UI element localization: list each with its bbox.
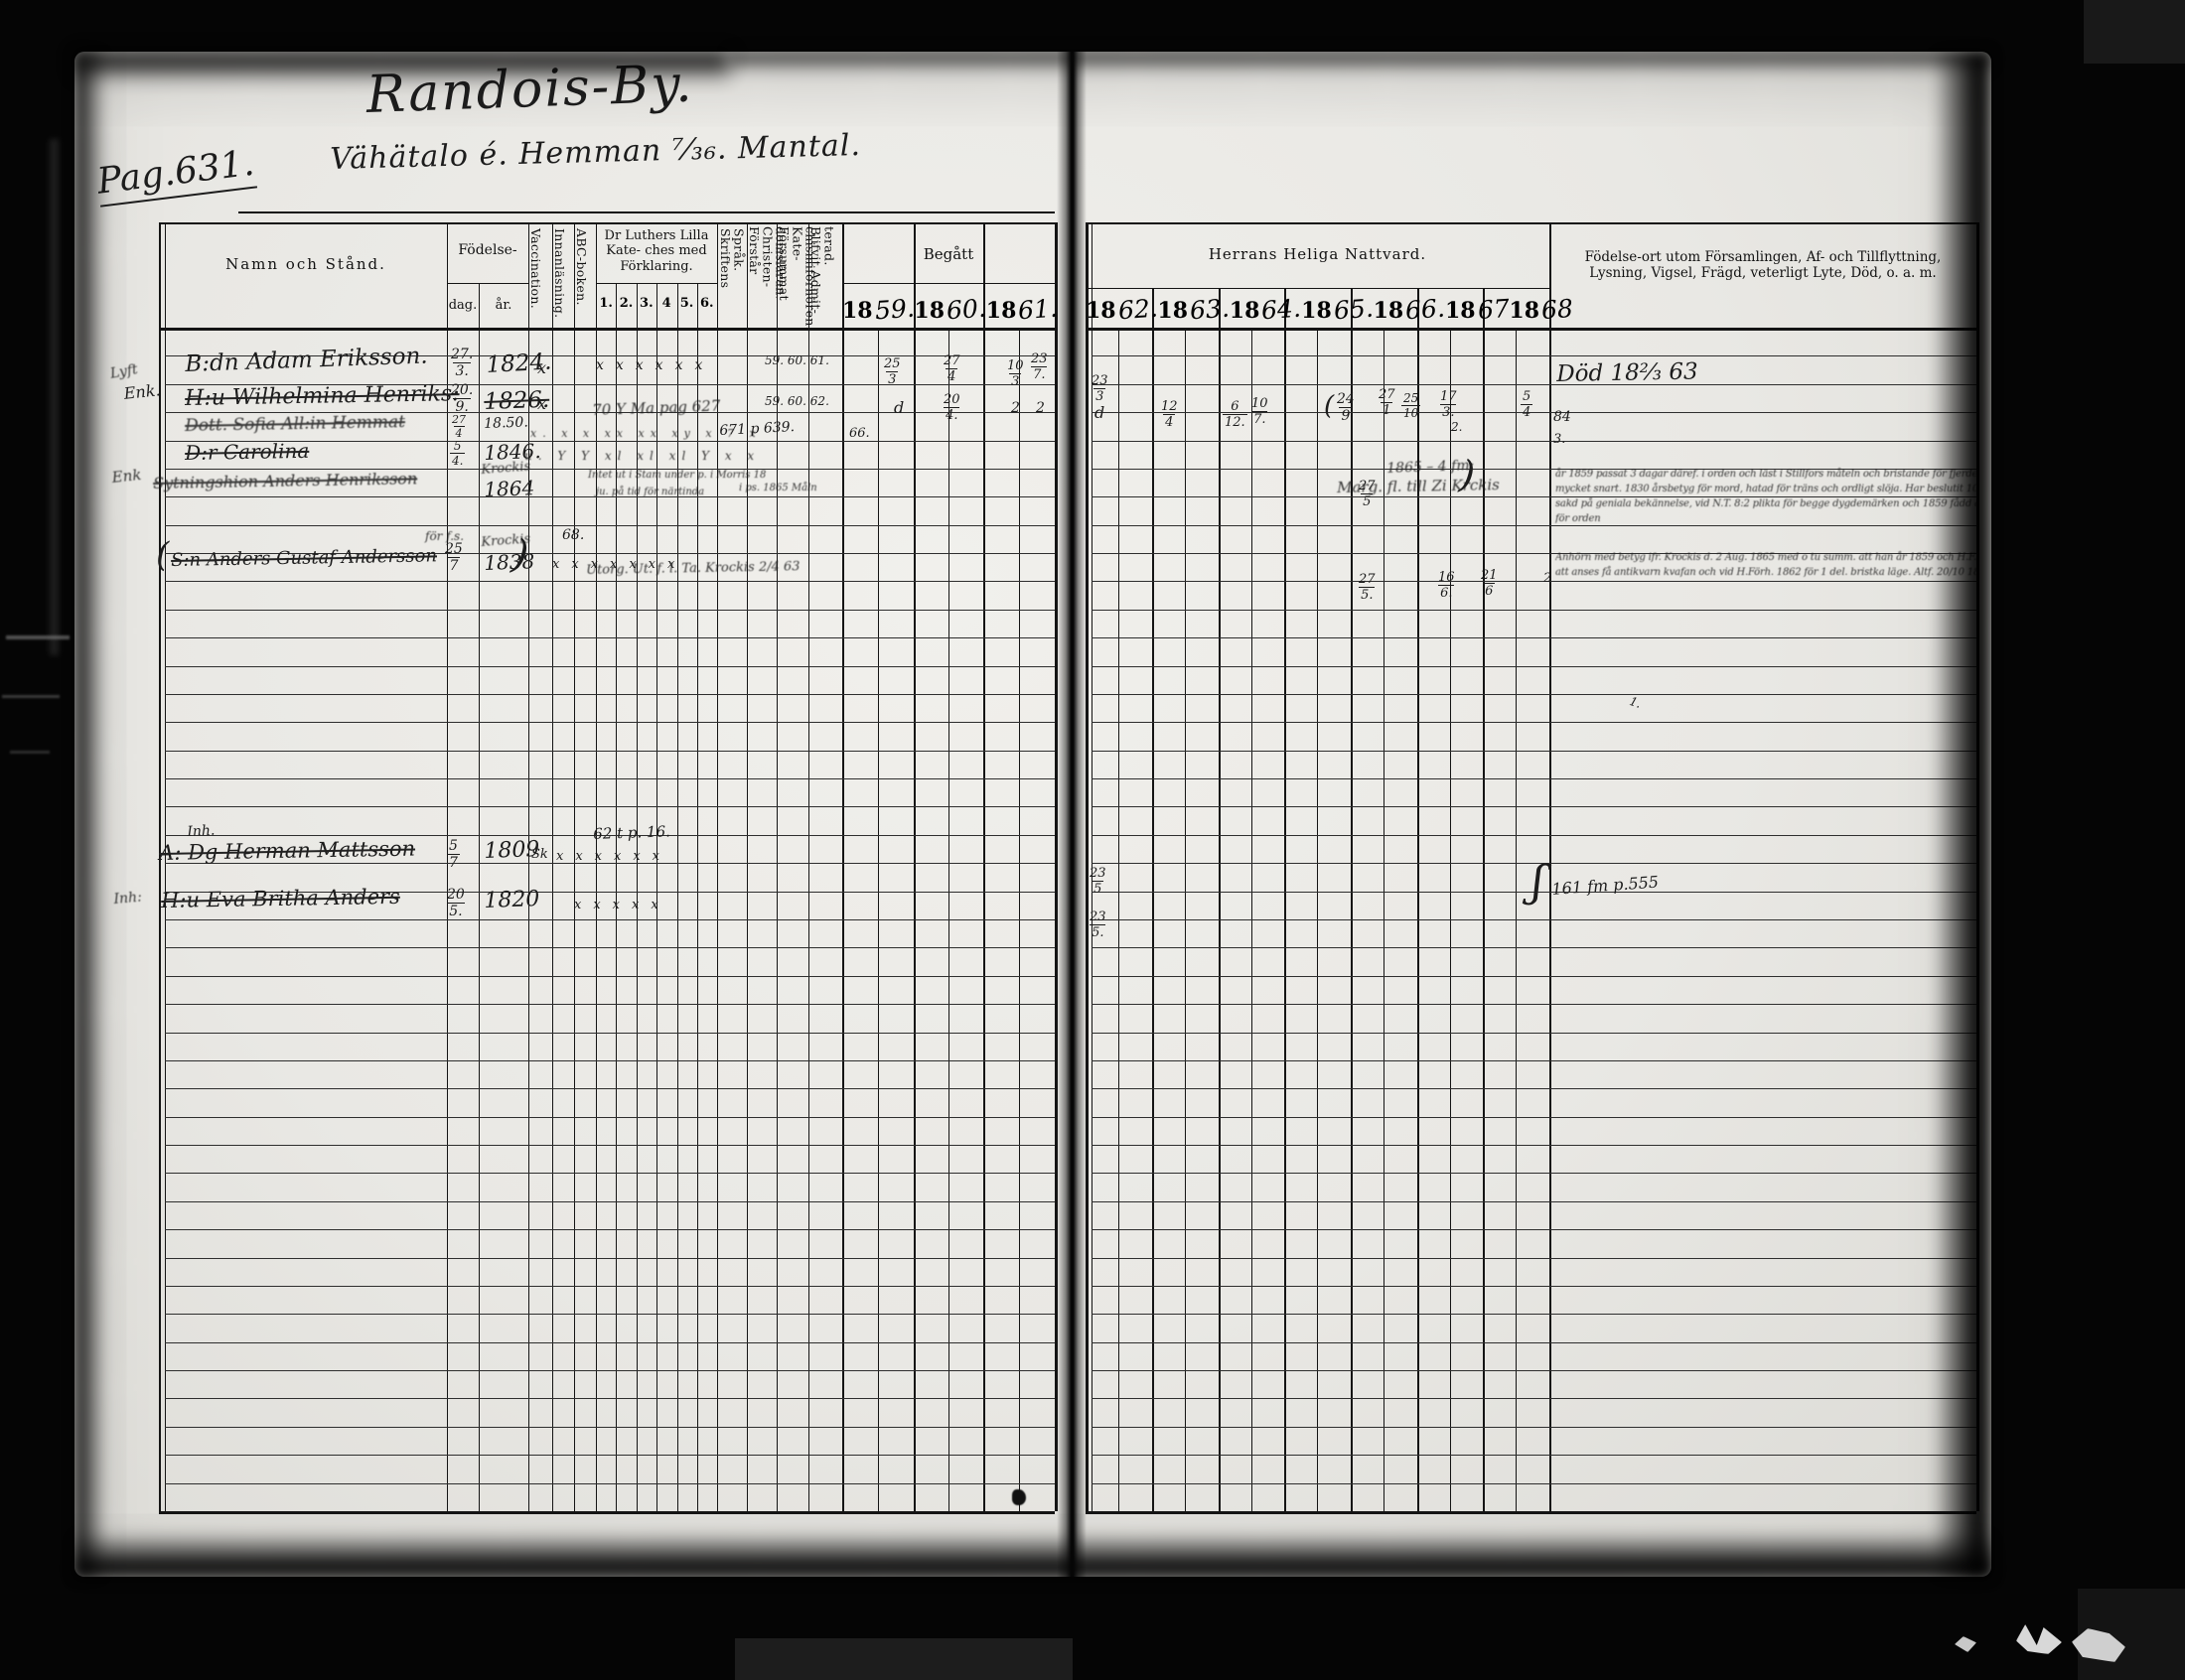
birth-year-5: 1864 [484,478,535,499]
handwritten-entry: x [537,360,546,376]
handwritten-entry: Utorg. Ut. f. l. Ta. Krockis 2/4 63 [586,560,801,577]
table-grid-line [165,1370,1055,1371]
year-printed: 18 [1509,300,1539,322]
handwritten-entry: 2 [1011,401,1020,415]
fraction-part: 24 [1335,392,1357,407]
table-grid-line [165,581,1055,582]
table-grid-line [1092,355,1976,356]
fraction-part: 3 [1093,388,1105,403]
year-column-header: 1865. [1301,290,1373,326]
table-grid-line [777,222,778,1511]
table-grid-line [1092,1173,1976,1174]
table-grid-line [165,1286,1055,1287]
year-handwritten: 62. [1117,296,1158,324]
fraction-part: 27 [1377,388,1397,402]
handwritten-entry: 205. [445,888,467,918]
fraction-part: 5. [1090,924,1105,939]
film-scratch [2,695,60,698]
fraction-part: 25 [443,542,465,557]
column-header-notes: Födelse-ort utom Församlingen, Af- och T… [1555,250,1970,282]
handwritten-entry: 2 [1036,401,1045,415]
table-grid-line [165,525,1055,526]
handwritten-entry: xxxxx [574,899,670,911]
table-grid-line [1092,581,1976,582]
table-grid-line [1092,666,1976,667]
handwritten-entry: 235. [1088,910,1108,939]
table-grid-line [1152,288,1154,1511]
handwritten-entry: ju. på tid för närtinda [596,488,704,497]
table-grid-line [1092,1427,1976,1428]
table-grid-line [596,283,717,284]
handwritten-entry: x [537,396,546,412]
handwritten-entry: 54. [450,440,465,467]
catechism-subcolumn-number: 3. [637,296,656,311]
year-handwritten: 64. [1261,296,1302,324]
margin-note-5: Enk [111,468,142,486]
table-grid-line [1086,288,1549,289]
table-grid-line [842,222,844,1511]
fraction-part: 6. [1438,585,1454,600]
table-grid-line [1092,722,1976,723]
table-grid-line [1086,222,1976,224]
year-printed: 18 [1445,300,1476,322]
table-grid-line [159,1511,1055,1514]
fraction-part: 20 [445,888,467,903]
handwritten-entry: 84 [1553,410,1571,424]
catechism-subcolumn-number: 2. [616,296,636,311]
year-printed: 18 [1301,300,1332,322]
fraction-part: 20 [942,393,962,407]
fraction-part: 12 [1159,400,1180,414]
table-grid-line [1092,1286,1976,1287]
fraction-part: 7. [1031,366,1047,381]
handwritten-entry: 54 [1521,390,1532,419]
film-artifact [1955,1636,1976,1652]
table-grid-line [159,222,1055,224]
entry-name-6: S:n Anders Gustaf Andersson [171,547,437,570]
table-grid-line [479,283,480,1511]
handwritten-entry: 124 [1159,400,1180,429]
fraction-part: 1 [1381,402,1392,417]
fraction-part: 5 [1521,390,1532,404]
table-grid-line [165,1004,1055,1005]
birth-day-1: 27.3. [449,348,475,378]
table-grid-line [447,283,528,284]
table-grid-line [1092,1370,1976,1371]
fraction-part: 25 [882,357,903,371]
table-grid-line [165,1201,1055,1202]
note-line: mycket snart. 1830 årsbetyg för mord, ha… [1555,482,1976,496]
table-grid-line [552,222,553,1511]
handwritten-entry: 612. [1223,400,1247,429]
fraction-part: 10 [1005,359,1026,373]
column-header-admitted: Blifvit Admit- terad. [809,226,842,326]
year-handwritten: 68 [1540,296,1573,323]
entry-name-2: H:u Wilhelmina Henriks: [185,383,460,410]
table-grid-line [165,751,1055,752]
handwritten-entry: d [894,400,904,416]
table-grid-line [808,222,809,1511]
year-handwritten: 65. [1333,296,1374,324]
fraction-part: 20. [449,383,475,398]
table-grid-line [1092,441,1976,442]
film-artifact [2016,1624,2062,1654]
table-grid-line [1549,222,1551,1511]
table-grid-line [1219,288,1221,1511]
note-line: för orden [1555,511,1976,526]
fraction-part: 5 [447,839,460,854]
margin-note-2b: Enk. [123,382,161,402]
handwritten-entry: 2. [1451,421,1462,433]
fraction-part: 27 [1357,573,1378,587]
fraction-part: 3 [1009,373,1021,388]
fraction-part: 5 [452,440,464,453]
fraction-part: 9 [1339,407,1352,423]
handwritten-entry: 257 [443,542,465,573]
fraction-part: 9. [453,398,470,414]
table-grid-line [165,1117,1055,1118]
fraction-part: 4 [946,368,957,383]
year-column-header: 1866. [1374,290,1445,326]
table-grid-line [717,222,718,1511]
year-columns-right: 1862.1863.1864.1865.1866.18671868 [1086,290,1549,326]
handwritten-entry: 3. [1553,433,1565,446]
year-column-header: 1861. [986,284,1058,326]
fraction-part: 3. [453,362,470,378]
table-grid-line [1092,1088,1976,1089]
catechism-subcolumn-number: 1. [596,296,616,311]
table-grid-line [677,283,678,1511]
table-grid-line [1092,778,1976,779]
table-grid-line [1092,1229,1976,1230]
table-grid-line [528,222,529,1511]
birth-year-8: 1820 [484,889,540,912]
table-grid-line [1092,751,1976,752]
table-grid-line [1092,1483,1976,1484]
fraction-part: 7. [1251,411,1267,426]
fraction-part: 7 [447,854,460,870]
handwritten-entry: xxxxxx [556,850,671,863]
year-printed: 18 [914,300,945,322]
table-grid-line [697,283,698,1511]
table-grid-line [165,1398,1055,1399]
column-header-reading: Innanläsning. [553,228,574,326]
table-grid-line [1092,384,1976,385]
table-grid-line [914,222,916,1511]
table-grid-line [1351,288,1353,1511]
table-grid-line [1092,976,1976,977]
fraction-part: 27. [449,348,475,362]
table-grid-line [165,778,1055,779]
handwritten-entry: 66. [849,427,870,440]
handwritten-entry: d [1094,405,1104,421]
entry-name-8: H:u Eva Britha Anders [161,887,400,911]
year-printed: 18 [1230,300,1260,322]
column-header-birth-year: år. [479,298,528,313]
handwritten-entry: 274 [450,414,468,439]
table-grid-line [1092,1455,1976,1456]
year-printed: 18 [1086,300,1116,322]
entry-name-4: D:r Carolina [185,441,309,463]
handwritten-entry: Krockis [481,461,531,477]
fraction-part: 4 [454,426,465,439]
table-grid-line [1092,1314,1976,1315]
table-grid-line [238,211,1055,213]
table-grid-line [574,222,575,1511]
table-grid-line [1092,835,1976,836]
column-header-scripture: Skriftens Språk. [719,228,747,326]
table-grid-line [165,694,1055,695]
fraction-part: 7 [447,557,460,573]
table-grid-line [165,1342,1055,1343]
catechism-subcolumn-number: 4 [656,296,676,311]
handwritten-entry: 216 [1479,569,1500,598]
handwritten-entry: 59. 60. 62. [765,395,829,407]
note-line: sakd på geniala bekännelse, vid N.T. 8:2… [1555,496,1976,511]
film-patch-bottom-center [735,1638,1073,1680]
handwritten-entry: 70 Y Ma pag 627 [592,398,721,417]
table-grid-line [983,222,985,1511]
year-columns-left: 1859.1860.1861. [842,284,1055,326]
fraction-part: 10 [1249,397,1270,411]
handwritten-entry: 233 [1090,374,1110,403]
table-grid-line [1092,1201,1976,1202]
margin-note-7: Inh. [187,824,216,839]
year-handwritten: 60. [946,296,986,324]
handwritten-entry: i ps. 1865 Måln [739,484,817,493]
handwritten-entry: 235 [1088,867,1108,896]
year-column-header: 1860. [914,284,985,326]
table-grid-line [1092,610,1976,611]
table-grid-line [165,610,1055,611]
fraction-part: 23 [1088,867,1108,881]
table-grid-line [165,806,1055,807]
year-column-header: 1864. [1230,290,1301,326]
catechism-subcolumns: 1.2.3.45.6. [596,296,717,311]
handwritten-entry: ( [1324,393,1334,419]
handwritten-entry: 166. [1436,571,1457,600]
table-grid-line [1092,637,1976,638]
handwritten-entry: xxxxxx [596,358,714,372]
catechism-subcolumn-number: 6. [697,296,717,311]
year-printed: 18 [1374,300,1404,322]
note-line: att anses få antikvarn kvafan och vid H.… [1555,565,1976,580]
margin-note-8: Inh: [113,891,142,907]
handwritten-entry: 274 [942,354,962,383]
table-grid-line [165,1258,1055,1259]
fraction-part: 27 [942,354,962,368]
table-grid-line [1092,947,1976,948]
table-grid-line [165,637,1055,638]
fraction-part: 4. [450,453,465,467]
table-grid-line [1092,1004,1976,1005]
year-handwritten: 67 [1477,296,1510,323]
table-grid-line [159,328,1055,331]
column-header-birth-day: dag. [447,298,479,313]
fraction-part: 21 [1479,569,1500,583]
handwritten-entry: 57 [447,839,460,870]
table-grid-line [1092,1060,1976,1061]
table-grid-line [165,666,1055,667]
handwritten-entry: 275. [1357,573,1378,602]
death-note: Död 18⅔ 63 [1556,361,1698,386]
table-grid-line [1086,328,1976,331]
fraction-part: 5. [1359,587,1375,602]
year-handwritten: 63. [1189,296,1230,324]
note-6: Anhörn med betyg ifr. Krockis d. 2 Aug. … [1555,550,1976,580]
fraction-part: 3. [1440,404,1456,419]
note-line: år 1859 passat 3 dagar däref. i orden oc… [1555,467,1976,482]
table-grid-line [165,722,1055,723]
table-grid-line [1483,288,1485,1511]
column-header-abc-book: ABC-boken. [575,228,596,326]
book-gutter-shadow [1057,52,1087,1577]
year-handwritten: 66. [1404,296,1445,324]
handwritten-entry: Marg. fl. till Zi Krckis [1337,478,1500,495]
column-header-communion-begun: Begått [842,246,1055,264]
table-grid-line [1092,1258,1976,1259]
film-scratch [10,751,50,754]
fraction-part: 5 [1092,881,1103,896]
fraction-part: 10 [1401,405,1420,419]
handwritten-entry: Krockis [481,533,531,549]
column-header-birth: Födelse- [447,242,528,259]
fraction-part: 6 [1229,400,1240,414]
year-column-header: 1859. [842,284,914,326]
fraction-part: 16 [1436,571,1457,585]
table-grid-line [1092,806,1976,807]
handwritten-entry: 249 [1335,392,1357,423]
fraction-part: 23 [1088,910,1108,924]
year-printed: 18 [1157,300,1188,322]
table-grid-line [165,1145,1055,1146]
fraction-part: 17 [1438,390,1459,404]
table-grid-line [1092,1398,1976,1399]
table-grid-line [165,919,1055,920]
column-header-understands: Förstår Christen- domsläran. [748,226,777,326]
handwritten-entry: 204. [942,393,962,422]
handwritten-entry: 253 [882,357,903,386]
year-handwritten: 59. [874,296,915,324]
handwritten-entry: 2510 [1401,392,1420,419]
fraction-part: 4 [1163,414,1175,429]
column-header-catechism: Dr Luthers Lilla Kate- ches med Förklari… [596,228,717,274]
table-grid-line [165,1427,1055,1428]
handwritten-entry: 671 p 639. [719,420,795,438]
handwritten-entry: 62 t p. 16. [593,824,670,842]
year-printed: 18 [842,300,873,322]
entry-name-3: Dott. Sofia All:in Hemmat [185,414,405,435]
film-scratch [6,635,70,639]
handwritten-entry: 59. 60. 61. [765,354,829,366]
handwritten-entry: 18.50. [484,415,528,431]
village-title: Randois-By. [365,58,694,120]
table-grid-line [1092,1145,1976,1146]
table-grid-line [165,947,1055,948]
fraction-part: 23 [1090,374,1110,388]
table-grid-line [165,1483,1055,1484]
table-grid-line [747,222,748,1511]
handwritten-entry: 237. [1029,352,1050,381]
fraction-part: 23 [1029,352,1050,366]
table-grid-line [165,1033,1055,1034]
note-line: Anhörn med betyg ifr. Krockis d. 2 Aug. … [1555,550,1976,565]
handwritten-entry: Intet ut i Stam under p. i Morris 18 [588,471,766,481]
table-grid-line [1092,919,1976,920]
table-grid-line [159,222,161,1511]
column-header-vaccination: Vaccination. [529,228,552,326]
column-header-name: Namn och Stånd. [169,256,443,274]
year-handwritten: 61. [1018,296,1059,324]
year-column-header: 1867 [1445,290,1509,326]
table-grid-line [165,976,1055,977]
column-header-communion-title: Herrans Heliga Nattvard. [1086,246,1549,264]
birth-year-6: 1838 [484,551,535,573]
table-grid-line [1976,222,1979,1511]
table-grid-line [1092,1117,1976,1118]
handwritten-entry: 2 [1543,572,1551,585]
year-column-header: 1863. [1157,290,1229,326]
table-grid-line [165,1088,1055,1089]
handwritten-entry: 107. [1249,397,1270,426]
table-grid-line [165,222,166,1511]
table-grid-line [165,1314,1055,1315]
scanned-book-page: Randois-By. Vähätalo é. Hemman ⁷⁄₃₆. Man… [0,0,2185,1680]
fraction-part: 12. [1223,414,1247,429]
handwritten-entry: 20.9. [449,383,475,414]
handwritten-entry: u. Y Y xl xl xl Y x x [524,450,760,462]
table-grid-line [165,1455,1055,1456]
handwritten-entry: Sk [531,848,548,861]
year-column-header: 1868 [1509,290,1572,326]
table-grid-line [1092,1033,1976,1034]
table-grid-line [165,1173,1055,1174]
table-grid-line [1284,288,1286,1511]
handwritten-entry: 103 [1005,359,1026,388]
fraction-part: 4. [944,407,959,422]
year-column-header: 1862. [1086,290,1157,326]
handwritten-entry: 173. [1438,390,1459,419]
table-grid-line [165,1229,1055,1230]
fraction-part: 27 [450,414,468,426]
table-grid-line [1092,1342,1976,1343]
column-header-missed-exams: Försummat Kate- chismiförhören. [778,226,808,326]
ink-blot [1012,1489,1026,1505]
year-printed: 18 [986,300,1017,322]
fraction-part: 3 [886,371,898,386]
handwritten-entry: ( [156,538,169,572]
film-patch-top-right [2084,0,2185,64]
fraction-part: 6 [1483,583,1495,598]
film-streak [50,139,59,655]
entry-name-7: A: Dg Herman Mattsson [159,838,415,863]
table-grid-line [1092,694,1976,695]
catechism-subcolumn-number: 5. [676,296,696,311]
note-5: år 1859 passat 3 dagar däref. i orden oc… [1555,467,1976,526]
fraction-part: 4 [1521,404,1532,419]
table-grid-line [1086,1511,1976,1514]
fraction-part: 5. [447,903,464,918]
handwritten-entry: 271 [1377,388,1397,417]
fraction-part: 25 [1401,392,1420,405]
entry-name-5: Sytningshion Anders Henriksson [153,471,417,491]
handwritten-entry: 68. [562,528,584,542]
table-grid-line [165,1060,1055,1061]
